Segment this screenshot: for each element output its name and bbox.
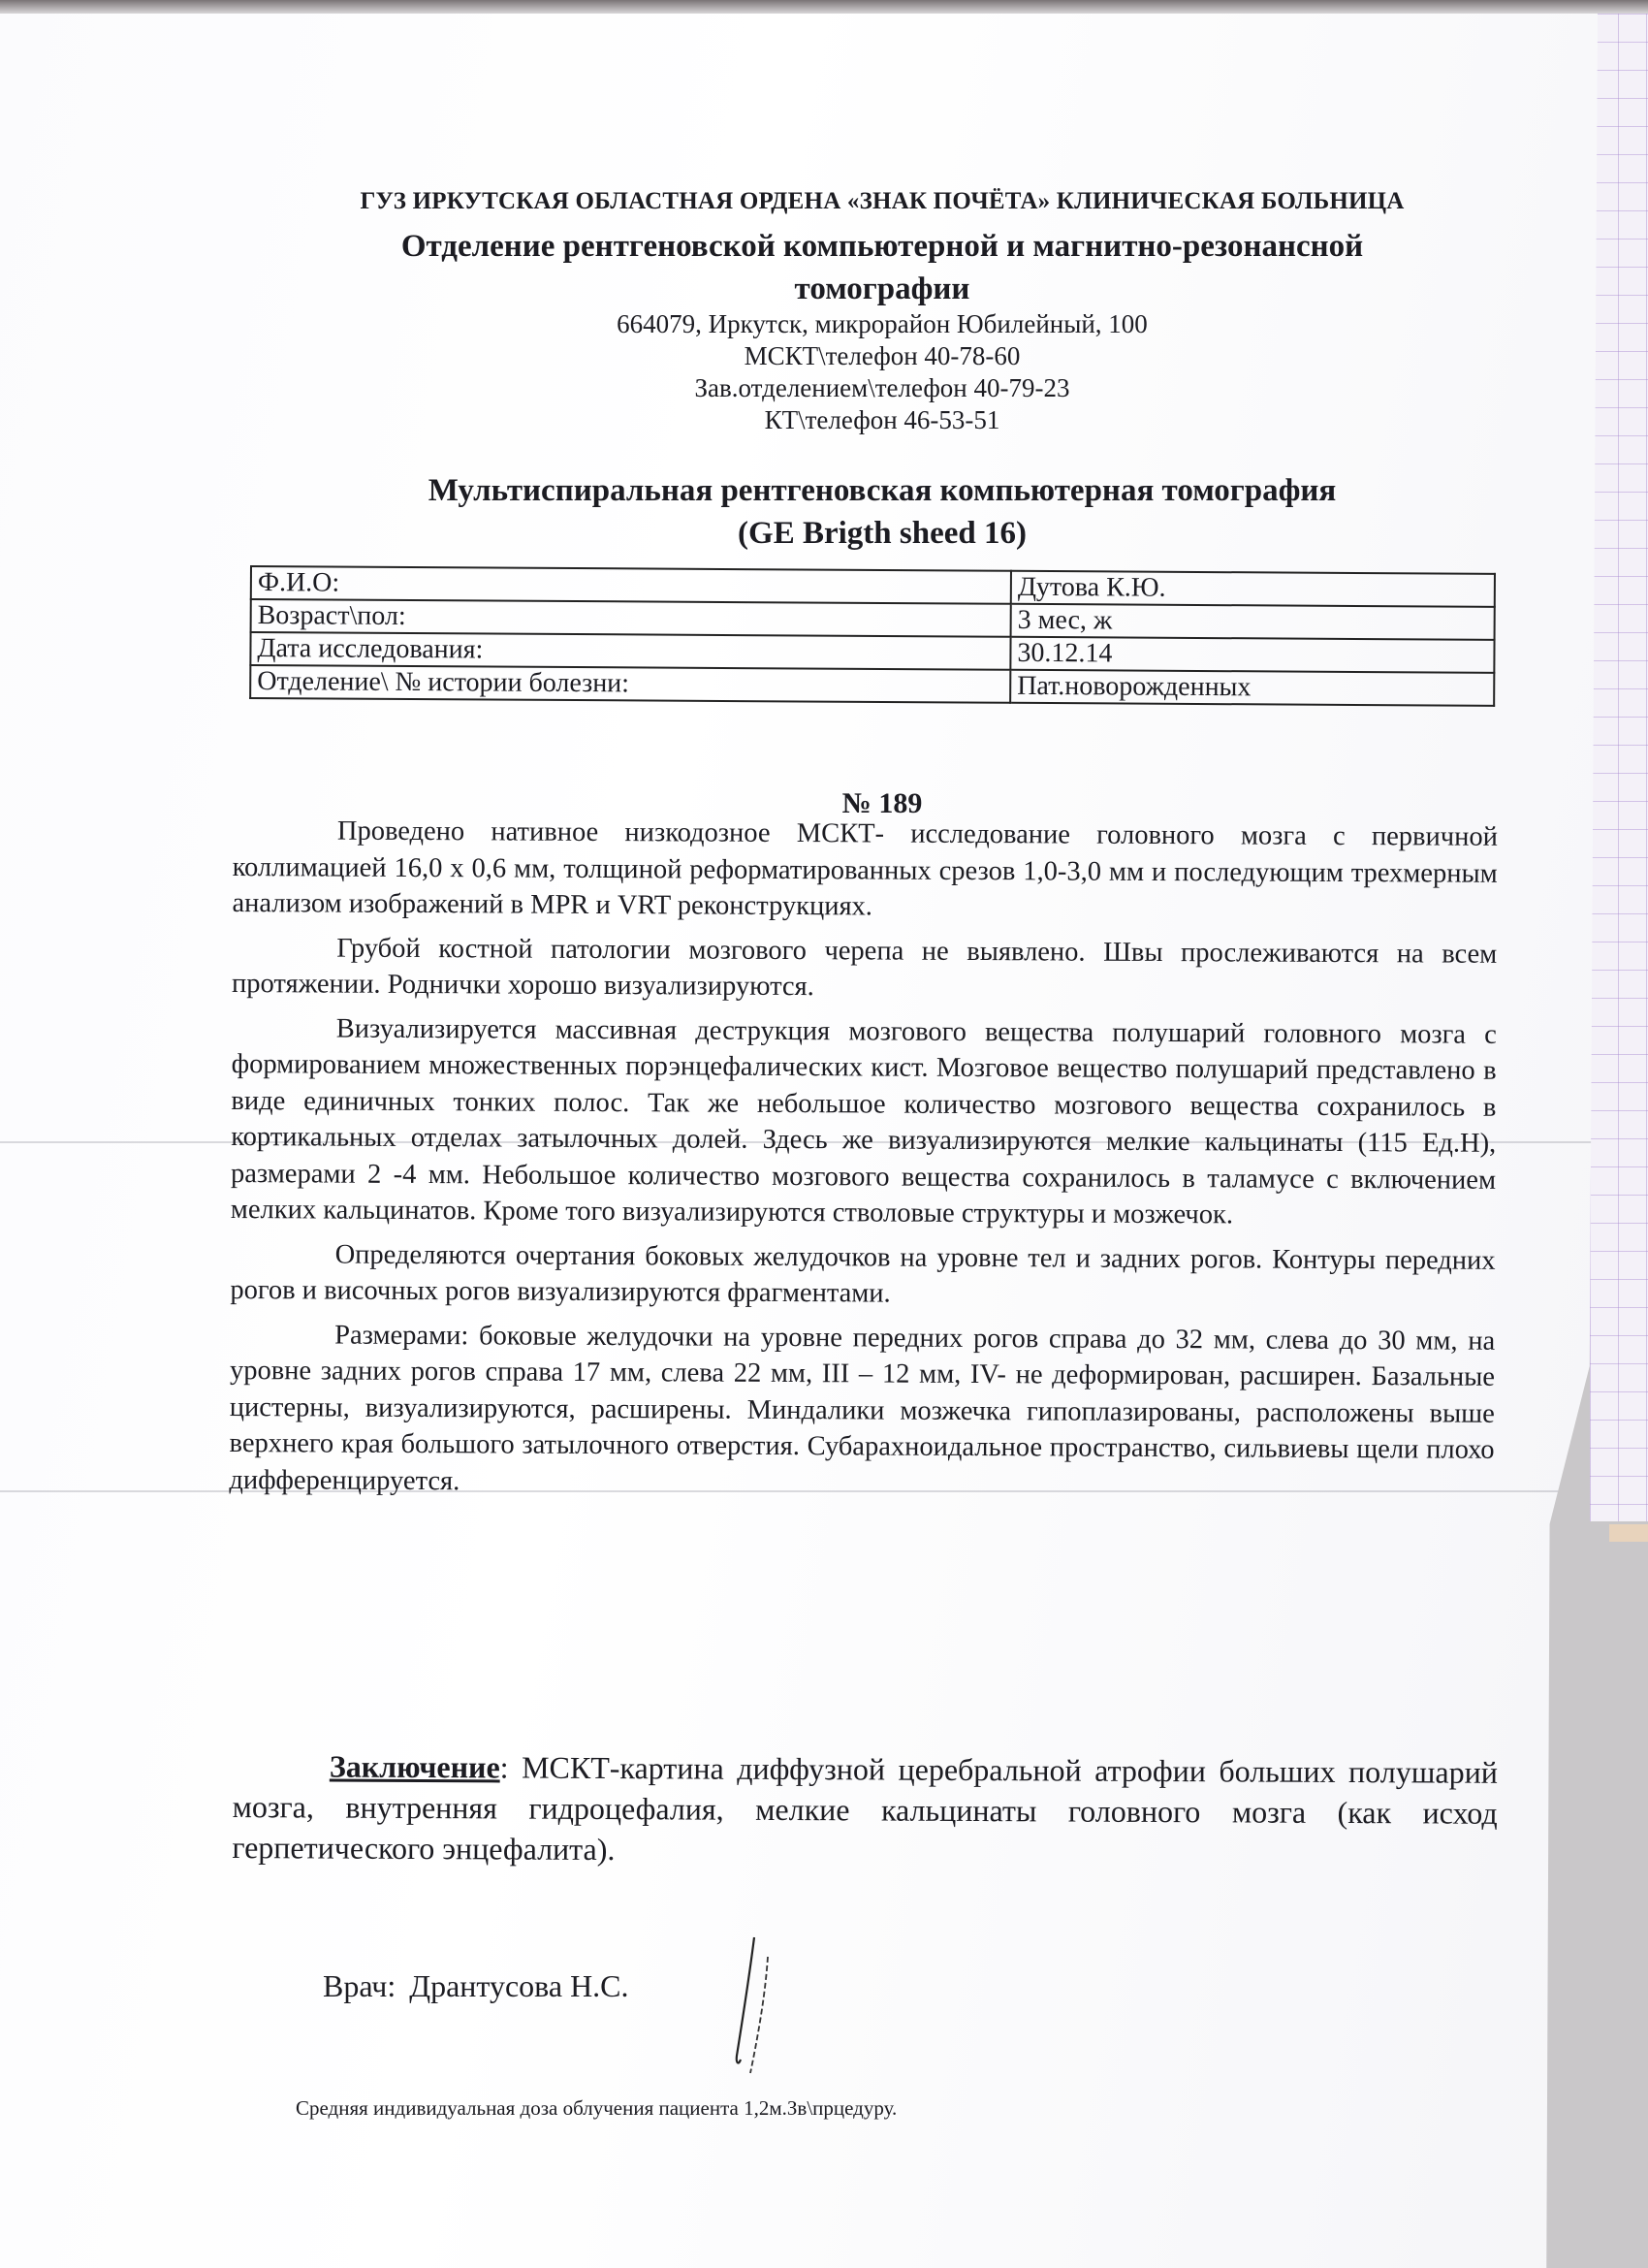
contact-block: 664079, Иркутск, микрорайон Юбилейный, 1… — [242, 308, 1522, 436]
value-department: Пат.новорожденных — [1010, 670, 1494, 706]
value-age-sex: 3 мес, ж — [1011, 604, 1495, 640]
findings-paragraph: Проведено нативное низкодозное МСКТ- исс… — [232, 813, 1498, 928]
findings-paragraph: Грубой костной патологии мозгового череп… — [232, 929, 1497, 1008]
department-line-1: Отделение рентгеновской компьютерной и м… — [242, 225, 1522, 268]
label-department: Отделение\ № истории болезни: — [250, 665, 1010, 703]
phone-ct: КТ\телефон 46-53-51 — [242, 404, 1522, 436]
tape-strip — [1609, 1524, 1648, 1542]
findings-paragraph: Визуализируется массивная деструкция моз… — [231, 1009, 1497, 1234]
address: 664079, Иркутск, микрорайон Юбилейный, 1… — [242, 308, 1522, 340]
study-title: Мультиспиральная рентгеновская компьютер… — [242, 469, 1522, 555]
study-type: Мультиспиральная рентгеновская компьютер… — [242, 469, 1522, 512]
findings-paragraph: Размерами: боковые желудочки на уровне п… — [229, 1316, 1495, 1504]
value-study-date: 30.12.14 — [1010, 637, 1494, 673]
radiation-dose-note: Средняя индивидуальная доза облучения па… — [296, 2096, 897, 2121]
handwritten-signature-icon — [717, 1930, 785, 2075]
doctor-role: Врач: — [323, 1968, 396, 2003]
value-fio: Дутова К.Ю. — [1011, 571, 1495, 607]
scanner-model: (GE Brigth sheed 16) — [242, 512, 1522, 555]
doctor-line: Врач:Дрантусова Н.С. — [323, 1968, 629, 2004]
findings-paragraph: Определяются очертания боковых желудочко… — [230, 1235, 1495, 1315]
phone-head: Зав.отделением\телефон 40-79-23 — [242, 372, 1522, 404]
table-row: Отделение\ № истории болезни: Пат.новоро… — [250, 665, 1494, 706]
label-age-sex: Возраст\пол: — [251, 599, 1011, 637]
conclusion-label: Заключение — [330, 1749, 500, 1785]
organization-name: ГУЗ ИРКУТСКАЯ ОБЛАСТНАЯ ОРДЕНА «ЗНАК ПОЧ… — [242, 188, 1522, 215]
department-line-2: томографии — [242, 268, 1522, 310]
patient-info-table: Ф.И.О: Дутова К.Ю. Возраст\пол: 3 мес, ж… — [249, 565, 1496, 707]
scan-top-edge — [0, 0, 1648, 14]
phone-msct: МСКТ\телефон 40-78-60 — [242, 340, 1522, 372]
label-study-date: Дата исследования: — [250, 632, 1010, 670]
doctor-name: Дрантусова Н.С. — [409, 1968, 628, 2003]
conclusion-paragraph: Заключение: МСКТ-картина диффузной цереб… — [232, 1745, 1498, 1874]
conclusion-section: Заключение: МСКТ-картина диффузной цереб… — [232, 1745, 1498, 1874]
label-fio: Ф.И.О: — [251, 566, 1011, 604]
findings-section: Проведено нативное низкодозное МСКТ- исс… — [229, 813, 1498, 1505]
graph-paper-background — [1590, 14, 1648, 1521]
department-name: Отделение рентгеновской компьютерной и м… — [242, 225, 1522, 310]
